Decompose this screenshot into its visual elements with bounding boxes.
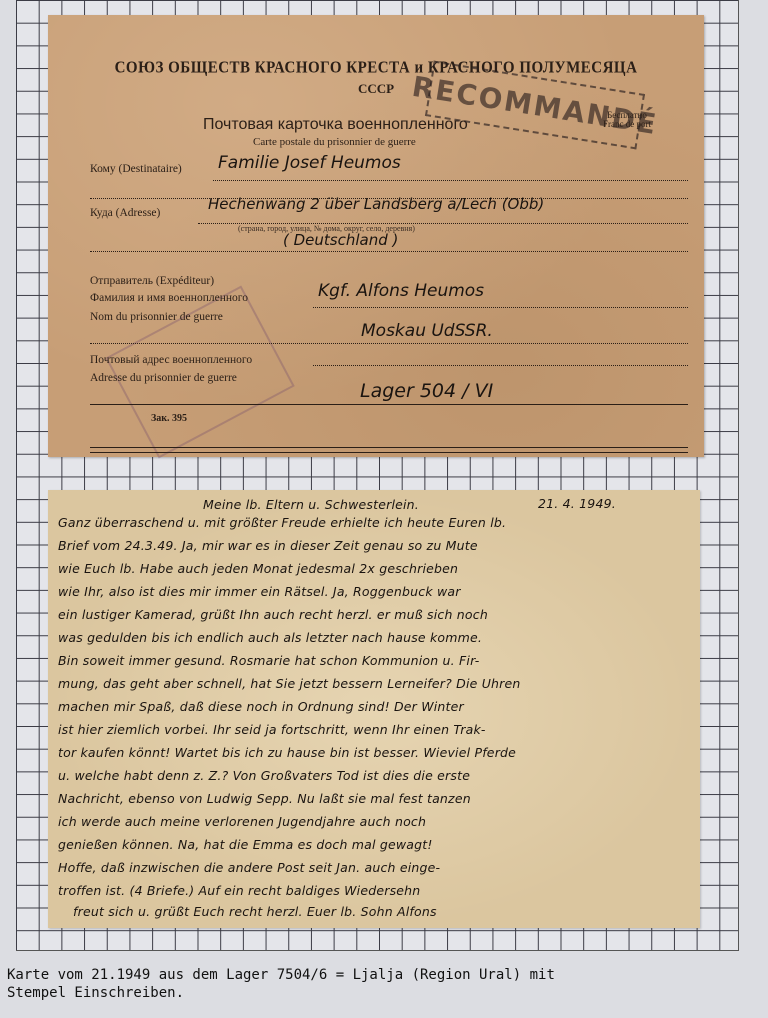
- sender-name-label-ru: Фамилия и имя военнопленного: [90, 292, 248, 304]
- card-title-french: Carte postale du prisonnier de guerre: [253, 136, 416, 148]
- recipient-label: Кому (Destinataire): [90, 163, 182, 175]
- recipient-line: [213, 180, 688, 181]
- letter-greeting: Meine lb. Eltern u. Schwesterlein.: [203, 497, 419, 512]
- letter-line: troffen ist. (4 Briefe.) Auf ein recht b…: [58, 883, 420, 898]
- postal-address-underline: [90, 404, 688, 405]
- letter-line: mung, das geht aber schnell, hat Sie jet…: [58, 676, 521, 691]
- letter-date: 21. 4. 1949.: [538, 496, 616, 511]
- letter-line: Bin soweit immer gesund. Rosmarie hat sc…: [58, 653, 479, 668]
- postal-address-label-fr: Adresse du prisonnier de guerre: [90, 372, 237, 384]
- letter-line: ein lustiger Kamerad, grüßt Ihn auch rec…: [58, 607, 488, 622]
- franc-de-port-label: Бесплатно Franc de port: [603, 111, 651, 129]
- letter-line: was gedulden bis ich endlich auch als le…: [58, 630, 482, 645]
- postal-address-line: [313, 365, 688, 366]
- letter-line: Brief vom 24.3.49. Ja, mir war es in die…: [58, 538, 478, 553]
- bottom-rule-1: [90, 447, 688, 448]
- sender-name-value: Kgf. Alfons Heumos: [318, 281, 484, 301]
- bottom-rule-2: [90, 452, 688, 453]
- address-value: Hechenwang 2 über Landsberg a/Lech (Obb): [208, 195, 544, 213]
- letter-back: Meine lb. Eltern u. Schwesterlein. 21. 4…: [48, 490, 700, 928]
- recipient-value: Familie Josef Heumos: [218, 153, 401, 173]
- letter-line: machen mir Spaß, daß diese noch in Ordnu…: [58, 699, 464, 714]
- postal-address-label-ru: Почтовый адрес военнопленного: [90, 354, 252, 366]
- postal-address-value: Lager 504 / VI: [360, 380, 493, 402]
- letter-line: tor kaufen könnt! Wartet bis ich zu haus…: [58, 745, 516, 760]
- address-label: Куда (Adresse): [90, 207, 160, 219]
- letter-line: Ganz überraschend u. mit größter Freude …: [58, 515, 506, 530]
- address-country: ( Deutschland ): [283, 231, 398, 249]
- sender-name-label-fr: Nom du prisonnier de guerre: [90, 311, 223, 323]
- letter-line: wie Ihr, also ist dies mir immer ein Rät…: [58, 584, 461, 599]
- card-title-russian: Почтовая карточка военнопленного: [203, 116, 468, 134]
- letter-line: Hoffe, daß inzwischen die andere Post se…: [58, 860, 440, 875]
- address-line-2: [90, 251, 688, 252]
- caption-line-1: Karte vom 21.1949 aus dem Lager 7504/6 =…: [7, 967, 555, 983]
- letter-line: ich werde auch meine verlorenen Jugendja…: [58, 814, 426, 829]
- sender-city-value: Moskau UdSSR.: [361, 321, 493, 341]
- order-number: Зак. 395: [151, 413, 187, 424]
- letter-line: wie Euch lb. Habe auch jeden Monat jedes…: [58, 561, 458, 576]
- sender-line: [90, 343, 688, 344]
- postcard-front: СОЮЗ ОБЩЕСТВ КРАСНОГО КРЕСТА и КРАСНОГО …: [48, 15, 704, 457]
- caption-line-2: Stempel Einschreiben.: [7, 985, 184, 1001]
- album-caption: Karte vom 21.1949 aus dem Lager 7504/6 =…: [7, 966, 555, 1002]
- letter-line: ist hier ziemlich vorbei. Ihr seid ja fo…: [58, 722, 486, 737]
- sender-label: Отправитель (Expéditeur): [90, 275, 214, 287]
- letter-line: u. welche habt denn z. Z.? Von Großvater…: [58, 768, 470, 783]
- letter-line: Nachricht, ebenso von Ludwig Sepp. Nu la…: [58, 791, 471, 806]
- org-title: СОЮЗ ОБЩЕСТВ КРАСНОГО КРЕСТА и КРАСНОГО …: [48, 59, 704, 79]
- letter-line: freut sich u. grüßt Euch recht herzl. Eu…: [73, 904, 437, 919]
- letter-line: genießen können. Na, hat die Emma es doc…: [58, 837, 433, 852]
- sender-name-line: [313, 307, 688, 308]
